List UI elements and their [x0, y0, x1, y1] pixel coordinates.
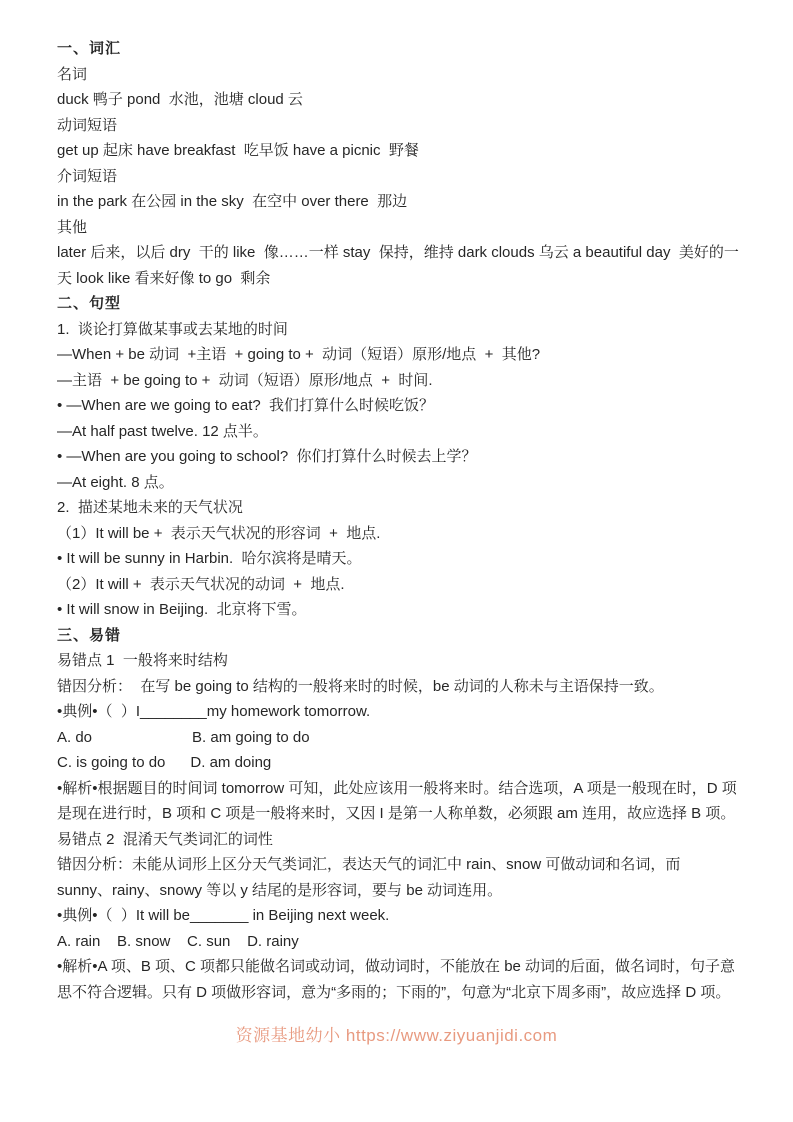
example-school-answer: —At eight. 8 点。	[57, 470, 739, 496]
mistake-2-title: 易错点 2 混淆天气类词汇的词性	[57, 827, 739, 853]
section-1-heading: 一、词汇	[57, 36, 739, 62]
verb-phrases: get up 起床 have breakfast 吃早饭 have a picn…	[57, 138, 739, 164]
pattern-2-formula-2: （2）It will + 表示天气状况的动词 + 地点.	[57, 572, 739, 598]
mistake-1-options-ab: A. do B. am going to do	[57, 725, 739, 751]
section-3-heading: 三、易错	[57, 623, 739, 649]
pattern-2-example-1: • It will be sunny in Harbin. 哈尔滨将是晴天。	[57, 546, 739, 572]
example-eat-question: • —When are we going to eat? 我们打算什么时候吃饭？	[57, 393, 739, 419]
other-words: later 后来，以后 dry 干的 like 像……一样 stay 保持，维持…	[57, 240, 739, 291]
document-page: 一、词汇 名词 duck 鸭子 pond 水池，池塘 cloud 云 动词短语 …	[0, 0, 793, 1005]
mistake-2-question: •典例•（ ）It will be_______ in Beijing next…	[57, 903, 739, 929]
mistake-2-analysis: 错因分析：未能从词形上区分天气类词汇，表达天气的词汇中 rain、snow 可做…	[57, 852, 739, 903]
mistake-1-analysis: 错因分析： 在写 be going to 结构的一般将来时的时候，be 动词的人…	[57, 674, 739, 700]
noun-label: 名词	[57, 62, 739, 88]
verb-phrase-label: 动词短语	[57, 113, 739, 139]
pattern-1-formula-answer: —主语 + be going to + 动词（短语）原形/地点 + 时间.	[57, 368, 739, 394]
prep-phrase-label: 介词短语	[57, 164, 739, 190]
pattern-2-example-2: • It will snow in Beijing. 北京将下雪。	[57, 597, 739, 623]
watermark-footer: 资源基地幼小 https://www.ziyuanjidi.com	[0, 1021, 793, 1046]
pattern-1-title: 1. 谈论打算做某事或去某地的时间	[57, 317, 739, 343]
noun-words: duck 鸭子 pond 水池，池塘 cloud 云	[57, 87, 739, 113]
pattern-2-formula-1: （1）It will be + 表示天气状况的形容词 + 地点.	[57, 521, 739, 547]
other-label: 其他	[57, 215, 739, 241]
example-eat-answer: —At half past twelve. 12 点半。	[57, 419, 739, 445]
mistake-1-explanation: •解析•根据题目的时间词 tomorrow 可知，此处应该用一般将来时。结合选项…	[57, 776, 739, 827]
mistake-1-question: •典例•（ ）I________my homework tomorrow.	[57, 699, 739, 725]
mistake-2-options: A. rain B. snow C. sun D. rainy	[57, 929, 739, 955]
section-2-heading: 二、句型	[57, 291, 739, 317]
mistake-1-options-cd: C. is going to do D. am doing	[57, 750, 739, 776]
pattern-1-formula-question: —When + be 动词 +主语 + going to + 动词（短语）原形/…	[57, 342, 739, 368]
mistake-1-title: 易错点 1 一般将来时结构	[57, 648, 739, 674]
mistake-2-explanation: •解析•A 项、B 项、C 项都只能做名词或动词，做动词时，不能放在 be 动词…	[57, 954, 739, 1005]
prep-phrases: in the park 在公园 in the sky 在空中 over ther…	[57, 189, 739, 215]
example-school-question: • —When are you going to school? 你们打算什么时…	[57, 444, 739, 470]
pattern-2-title: 2. 描述某地未来的天气状况	[57, 495, 739, 521]
